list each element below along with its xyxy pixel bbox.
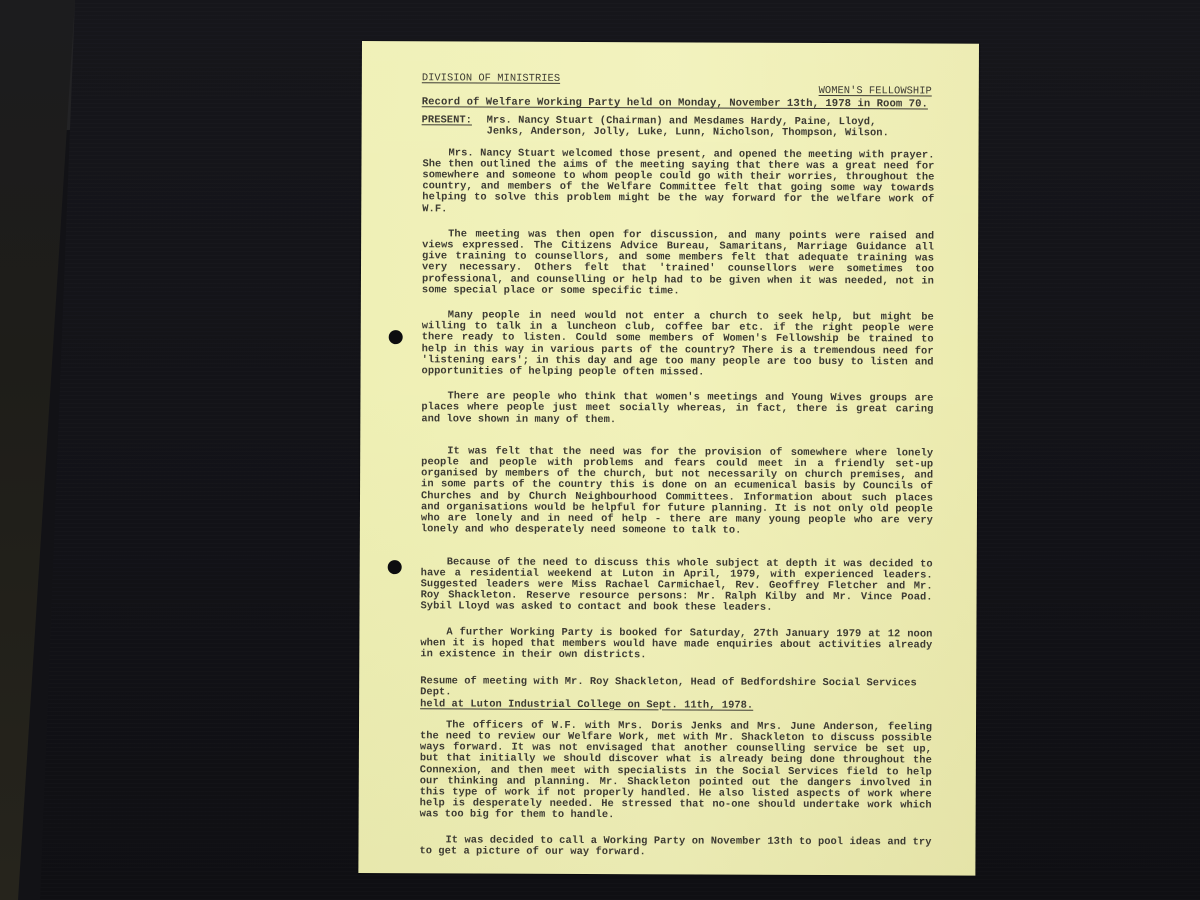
resume-heading-line2: held at Luton Industrial College on Sept… xyxy=(420,699,932,712)
resume-paragraph: The officers of W.F. with Mrs. Doris Jen… xyxy=(420,720,932,823)
paragraph: It was felt that the need was for the pr… xyxy=(421,446,933,538)
paragraph: Many people in need would not enter a ch… xyxy=(422,310,934,379)
punch-hole-icon xyxy=(388,560,402,574)
document-body: DIVISION OF MINISTRIES WOMEN'S FELLOWSHI… xyxy=(401,71,936,870)
resume-heading-line1: Resume of meeting with Mr. Roy Shackleto… xyxy=(420,676,932,701)
paragraph: Because of the need to discuss this whol… xyxy=(421,557,933,615)
punch-hole-icon xyxy=(389,330,403,344)
resume-heading: Resume of meeting with Mr. Roy Shackleto… xyxy=(420,676,932,712)
present-label: PRESENT: xyxy=(422,115,487,138)
record-title: Record of Welfare Working Party held on … xyxy=(422,97,937,110)
typed-document-page: DIVISION OF MINISTRIES WOMEN'S FELLOWSHI… xyxy=(358,41,979,876)
fellowship-heading: WOMEN'S FELLOWSHIP xyxy=(819,86,932,98)
paragraph: There are people who think that women's … xyxy=(421,392,933,428)
paragraph: The meeting was then open for discussion… xyxy=(422,229,934,298)
resume-paragraph: It was decided to call a Working Party o… xyxy=(419,835,931,860)
paragraph: A further Working Party is booked for Sa… xyxy=(420,627,932,663)
attendees-list: Mrs. Nancy Stuart (Chairman) and Mesdame… xyxy=(487,116,907,140)
document-header: DIVISION OF MINISTRIES WOMEN'S FELLOWSHI… xyxy=(405,71,937,99)
division-heading: DIVISION OF MINISTRIES xyxy=(422,73,560,85)
paragraph: Mrs. Nancy Stuart welcomed those present… xyxy=(422,148,934,217)
attendees-section: PRESENT: Mrs. Nancy Stuart (Chairman) an… xyxy=(422,115,937,140)
